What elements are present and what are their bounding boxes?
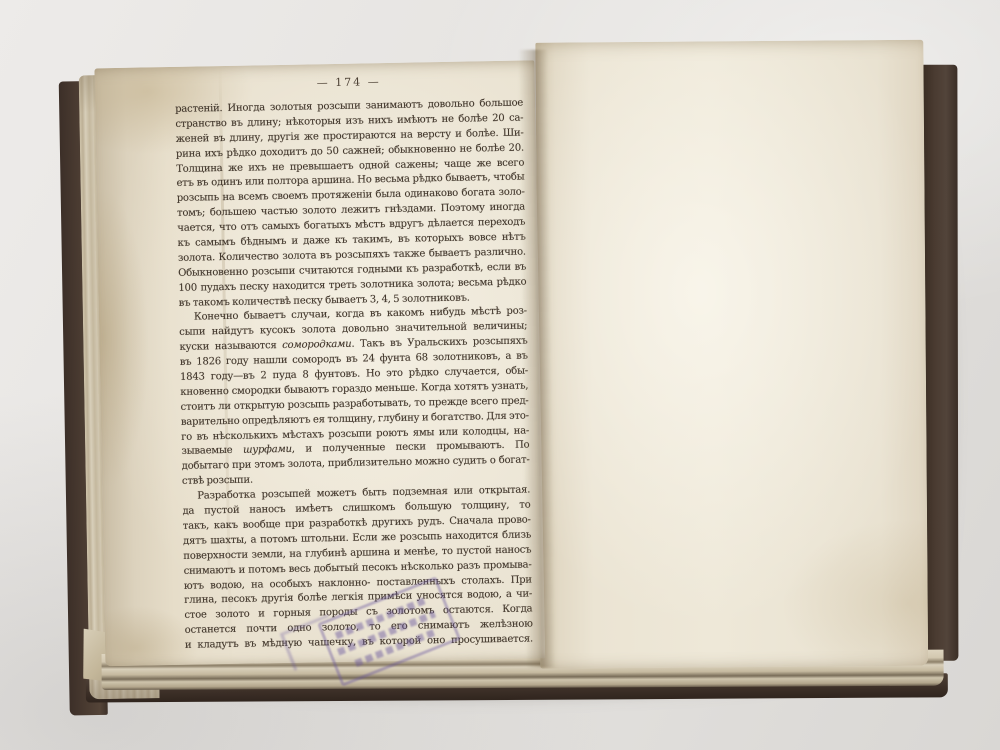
book: — 174 — растеній. Иногда золотыя розсыпи… [52, 18, 966, 729]
left-page: — 174 — растеній. Иногда золотыя розсыпи… [94, 60, 545, 666]
photo-background: — 174 — растеній. Иногда золотыя розсыпи… [0, 0, 1000, 750]
text-block: растеній. Иногда золотыя розсыпи занимаю… [175, 97, 533, 654]
page-number: — 174 — [175, 73, 523, 92]
right-page [535, 40, 928, 669]
